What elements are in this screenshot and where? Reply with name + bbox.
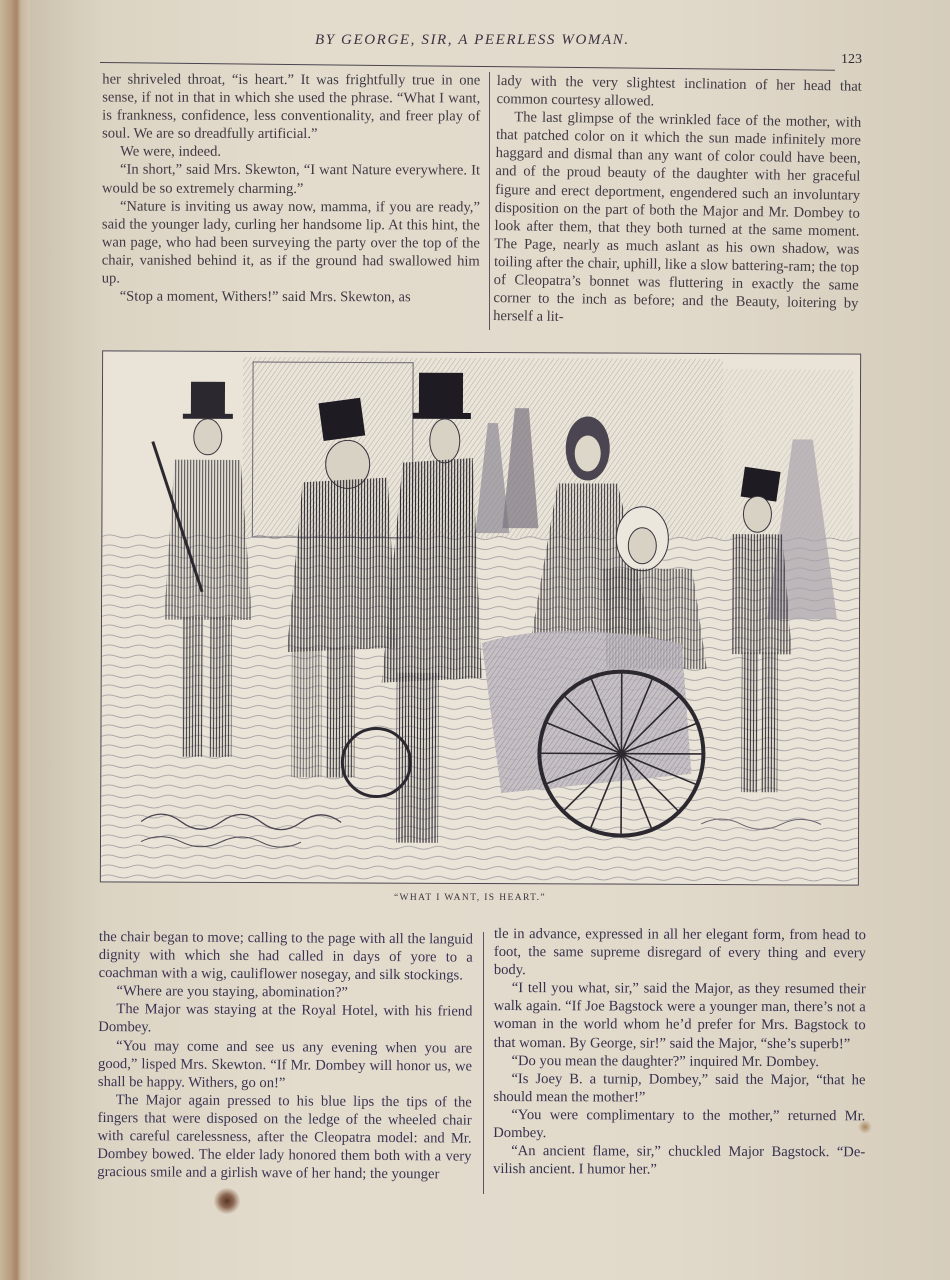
caption-text: “WHAT I WANT, IS HEART.” (394, 893, 546, 903)
paragraph: lady with the very slightest inclination… (496, 72, 862, 114)
running-title: BY GEORGE, SIR, A PEERLESS WOMAN. (315, 32, 630, 49)
paragraph: “I tell you what, sir,” said the Major, … (494, 979, 866, 1053)
column-top-right: lady with the very slightest inclination… (493, 72, 862, 331)
paragraph: “You were complimentary to the mother,” … (493, 1106, 865, 1143)
paragraph: “Do you mean the daughter?” inquired Mr.… (493, 1052, 865, 1071)
paragraph: We were, indeed. (102, 143, 480, 162)
engraving-illustration (100, 350, 861, 885)
column-top-left: her shriveled throat, “is heart.” It was… (102, 71, 481, 307)
paragraph: tle in advance, expressed in all her ele… (494, 925, 866, 981)
column-divider (483, 932, 484, 1194)
paragraph: “You may come and see us any evening whe… (98, 1037, 472, 1094)
paragraph: The Major was staying at the Royal Hotel… (98, 1000, 472, 1039)
paragraph: The last glimpse of the wrinkled face of… (493, 108, 861, 331)
paragraph: “In short,” said Mrs. Skewton, “I want N… (102, 161, 480, 198)
illustration-art (101, 351, 860, 884)
paper-stain (214, 1188, 240, 1214)
page-number: 123 (841, 52, 862, 68)
column-bottom-right: tle in advance, expressed in all her ele… (493, 925, 866, 1180)
running-head: BY GEORGE, SIR, A PEERLESS WOMAN. 123 (100, 30, 860, 60)
paragraph: the chair began to move; calling to the … (99, 928, 473, 985)
paragraph: “An ancient flame, sir,” chuckled Major … (493, 1142, 865, 1179)
paragraph: The Major again pressed to his blue lips… (97, 1091, 472, 1184)
illustration-caption: “WHAT I WANT, IS HEART.” (0, 893, 950, 903)
paragraph: “Nature is inviting us away now, mamma, … (102, 197, 480, 288)
column-divider (489, 72, 490, 330)
paragraph: “Is Joey B. a turnip, Dombey,” said the … (493, 1070, 865, 1107)
paragraph: her shriveled throat, “is heart.” It was… (102, 71, 480, 144)
paper-stain (858, 1120, 872, 1134)
column-bottom-left: the chair began to move; calling to the … (97, 928, 473, 1184)
book-spine-edge (0, 0, 30, 1280)
paragraph: “Stop a moment, Withers!” said Mrs. Skew… (102, 288, 480, 307)
